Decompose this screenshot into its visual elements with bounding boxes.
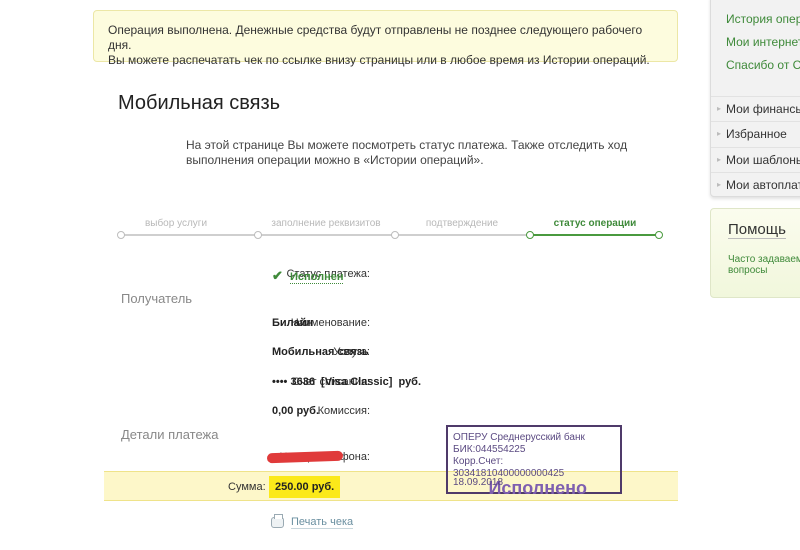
status-value-wrap: ✔ Исполнен	[272, 268, 343, 284]
step-label-4: статус операции	[554, 218, 637, 229]
stamp-bank-name: ОПЕРУ Среднерусский банк	[453, 432, 615, 444]
recipient-name-value: Билайн	[272, 317, 313, 329]
success-notice: Операция выполнена. Денежные средства бу…	[93, 10, 678, 62]
sidebar-item-label: Избранное	[726, 127, 787, 141]
help-panel: Помощь Часто задаваем вопросы	[710, 208, 800, 298]
account-value: •••• 3636 [Visa Classic] руб.	[272, 376, 421, 388]
chevron-right-icon: ▸	[717, 173, 721, 197]
chevron-right-icon: ▸	[717, 122, 721, 146]
step-dot-4	[526, 231, 534, 239]
stamp-date: 18.09.2018	[453, 477, 503, 489]
print-receipt-button[interactable]: Печать чека	[271, 516, 353, 529]
fee-label: Комиссия:	[318, 405, 370, 417]
bank-stamp: ОПЕРУ Среднерусский банк БИК:044554225 К…	[446, 425, 622, 494]
faq-link-line-1[interactable]: Часто задаваем	[728, 254, 800, 265]
section-recipient: Получатель	[121, 291, 192, 306]
progress-steps: выбор услуги заполнение реквизитов подтв…	[118, 218, 663, 242]
step-dot-end	[655, 231, 663, 239]
faq-link-line-2[interactable]: вопросы	[728, 265, 800, 276]
checkmark-icon: ✔	[272, 268, 283, 283]
step-dot-1	[117, 231, 125, 239]
sidebar-nav: История опер Мои интернет Спасибо от С ▸…	[710, 0, 800, 197]
sidebar-item-autopay[interactable]: ▸ Мои автоплат	[711, 172, 800, 197]
intro-line-2: выполнения операции можно в «Истории опе…	[186, 153, 646, 168]
sum-value: 250.00 руб.	[269, 476, 340, 498]
help-title[interactable]: Помощь	[728, 221, 786, 239]
fee-value: 0,00 руб.	[272, 405, 319, 417]
chevron-right-icon: ▸	[717, 148, 721, 172]
chevron-right-icon: ▸	[717, 97, 721, 121]
sidebar-item-favorites[interactable]: ▸ Избранное	[711, 121, 800, 146]
step-line-active	[530, 234, 658, 236]
intro-text: На этой странице Вы можете посмотреть ст…	[186, 138, 646, 168]
sidebar-item-label: Мои шаблоны	[726, 153, 800, 167]
sum-label: Сумма:	[228, 481, 266, 493]
service-value: Мобильная связь	[272, 346, 369, 358]
sidebar-item-label: Мои финансы	[726, 102, 800, 116]
sidebar-item-templates[interactable]: ▸ Мои шаблоны	[711, 147, 800, 172]
print-receipt-link[interactable]: Печать чека	[291, 516, 353, 529]
status-row: Статус платежа: ✔ Исполнен	[110, 268, 670, 284]
step-dot-3	[391, 231, 399, 239]
fee-row: Комиссия: 0,00 руб.	[110, 405, 670, 421]
step-label-2: заполнение реквизитов	[271, 218, 380, 229]
sidebar-link-spasibo[interactable]: Спасибо от С	[726, 58, 800, 72]
stamp-bik: БИК:044554225	[453, 444, 615, 456]
recipient-name-row: Наименование: Билайн	[110, 317, 670, 333]
intro-line-1: На этой странице Вы можете посмотреть ст…	[186, 138, 646, 153]
status-value[interactable]: Исполнен	[290, 271, 344, 284]
faq-link[interactable]: Часто задаваем вопросы	[728, 254, 800, 276]
step-label-1: выбор услуги	[145, 218, 207, 229]
step-dot-2	[254, 231, 262, 239]
notice-line-2: Вы можете распечатать чек по ссылке вниз…	[108, 53, 663, 68]
page-title: Мобильная связь	[118, 92, 280, 115]
step-line-inactive	[121, 234, 533, 236]
service-row: Услуга: Мобильная связь	[110, 346, 670, 362]
notice-line-1: Операция выполнена. Денежные средства бу…	[108, 23, 663, 53]
sidebar-link-internet[interactable]: Мои интернет	[726, 35, 800, 49]
printer-icon	[271, 517, 284, 528]
sidebar-item-label: Мои автоплат	[726, 178, 800, 192]
sidebar-link-history[interactable]: История опер	[726, 12, 800, 26]
section-payment-details: Детали платежа	[121, 427, 219, 442]
sidebar-item-finances[interactable]: ▸ Мои финансы	[711, 96, 800, 121]
step-label-3: подтверждение	[426, 218, 498, 229]
account-row: Счет списания: •••• 3636 [Visa Classic] …	[110, 376, 670, 392]
